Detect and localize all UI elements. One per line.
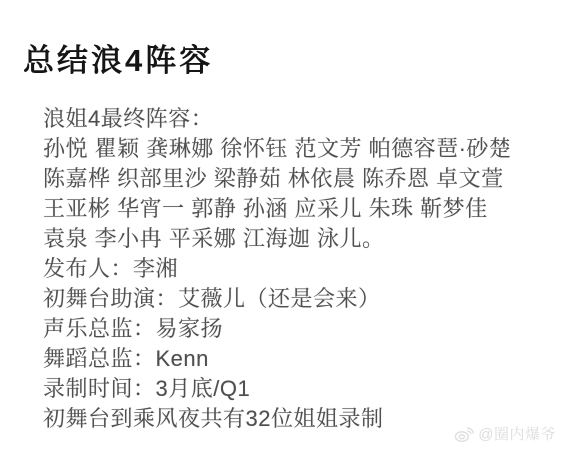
watermark: @圈内爆爷 xyxy=(453,423,556,444)
watermark-handle: @圈内爆爷 xyxy=(478,423,556,444)
body-line-names-3: 王亚彬 华宵一 郭静 孙涵 应采儿 朱珠 靳梦佳 xyxy=(43,194,555,224)
body-line-announcer: 发布人：李湘 xyxy=(43,254,555,284)
post-body: 浪姐4最终阵容： 孙悦 瞿颖 龚琳娜 徐怀钰 范文芳 帕德容琶·砂楚 陈嘉桦 织… xyxy=(43,104,555,434)
body-line-names-2: 陈嘉桦 织部里沙 梁静茹 林依晨 陈乔恩 卓文萱 xyxy=(43,164,555,194)
weibo-icon xyxy=(453,424,475,443)
post-image: 总结浪4阵容 浪姐4最终阵容： 孙悦 瞿颖 龚琳娜 徐怀钰 范文芳 帕德容琶·砂… xyxy=(0,0,565,450)
body-line-lineup-header: 浪姐4最终阵容： xyxy=(43,104,555,134)
body-line-names-4: 袁泉 李小冉 平采娜 江海迦 泳儿。 xyxy=(43,224,555,254)
body-line-dance-director: 舞蹈总监：Kenn xyxy=(43,344,555,374)
post-title: 总结浪4阵容 xyxy=(23,35,213,80)
body-line-names-1: 孙悦 瞿颖 龚琳娜 徐怀钰 范文芳 帕德容琶·砂楚 xyxy=(43,134,555,164)
body-line-vocal-director: 声乐总监：易家扬 xyxy=(43,314,555,344)
body-line-recording-time: 录制时间：3月底/Q1 xyxy=(43,374,555,404)
body-line-guest: 初舞台助演：艾薇儿（还是会来） xyxy=(43,284,555,314)
